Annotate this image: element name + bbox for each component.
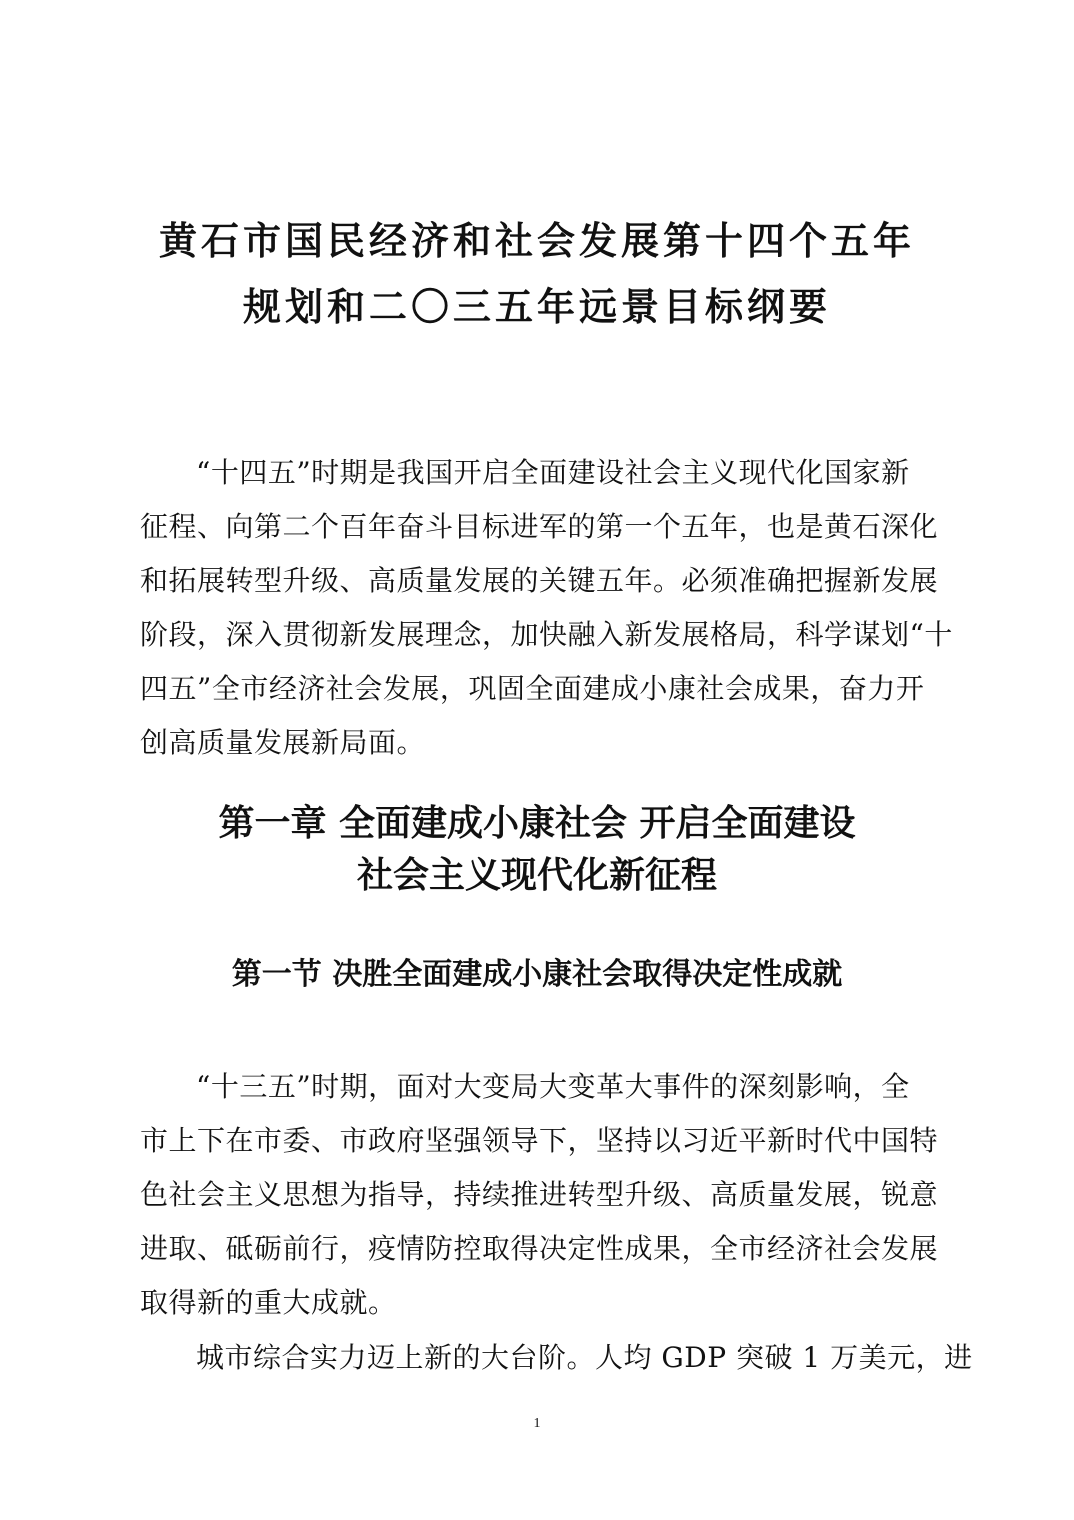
section-paragraph: “十三五”时期，面对大变局大变革大事件的深刻影响，全 市上下在市委、市政府坚强领…: [140, 1060, 938, 1330]
paragraph-line: 城市综合实力迈上新的大台阶。人均 GDP 突破 1 万美元，进: [140, 1331, 938, 1385]
paragraph-line: “十三五”时期，面对大变局大变革大事件的深刻影响，全: [140, 1060, 938, 1114]
paragraph-line: 创高质量发展新局面。: [140, 716, 938, 770]
paragraph-line: 征程、向第二个百年奋斗目标进军的第一个五年，也是黄石深化: [140, 500, 938, 554]
document-page: 黄石市国民经济和社会发展第十四个五年 规划和二〇三五年远景目标纲要 “十四五”时…: [0, 0, 1074, 1520]
chapter-heading-line-2: 社会主义现代化新征程: [0, 858, 1074, 894]
section-heading: 第一节 决胜全面建成小康社会取得决定性成就: [0, 960, 1074, 990]
paragraph-line: 和拓展转型升级、高质量发展的关键五年。必须准确把握新发展: [140, 554, 938, 608]
next-paragraph: 城市综合实力迈上新的大台阶。人均 GDP 突破 1 万美元，进: [140, 1331, 938, 1385]
paragraph-line: 色社会主义思想为指导，持续推进转型升级、高质量发展，锐意: [140, 1168, 938, 1222]
document-title-line-2: 规划和二〇三五年远景目标纲要: [0, 288, 1074, 326]
paragraph-line: 取得新的重大成就。: [140, 1276, 938, 1330]
paragraph-line: 阶段，深入贯彻新发展理念，加快融入新发展格局，科学谋划“十: [140, 608, 938, 662]
document-title-line-1: 黄石市国民经济和社会发展第十四个五年: [0, 222, 1074, 260]
paragraph-line: 市上下在市委、市政府坚强领导下，坚持以习近平新时代中国特: [140, 1114, 938, 1168]
paragraph-line: 进取、砥砺前行，疫情防控取得决定性成果，全市经济社会发展: [140, 1222, 938, 1276]
intro-paragraph: “十四五”时期是我国开启全面建设社会主义现代化国家新 征程、向第二个百年奋斗目标…: [140, 446, 938, 770]
chapter-heading-line-1: 第一章 全面建成小康社会 开启全面建设: [0, 806, 1074, 842]
page-number: 1: [0, 1416, 1074, 1432]
paragraph-line: 四五”全市经济社会发展，巩固全面建成小康社会成果，奋力开: [140, 662, 938, 716]
paragraph-line: “十四五”时期是我国开启全面建设社会主义现代化国家新: [140, 446, 938, 500]
